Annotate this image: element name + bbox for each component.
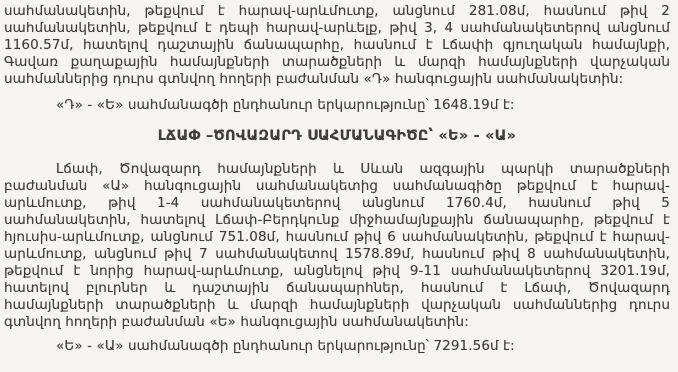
paragraph-boundary-d-e: սահմանակետին, թեքվում է հարավ-արևմուտք, … <box>4 3 670 88</box>
text-line: համայնքների տարածքների և մարզի համայնքնե… <box>4 297 670 314</box>
text-line: սահմանակետին, թեքվում է դեպի հարավ-արևել… <box>4 20 670 37</box>
text-line: սահմանակետին, հատելով Լճափ-Բերդկունք միջ… <box>4 212 670 229</box>
boundary-length-e-a: «Ե» - «Ա» սահմանագծի ընդհանուր երկարությ… <box>4 338 670 355</box>
paragraph-boundary-e-a: Լճափ, Ծովազարդ համայնքների և Սևան ազգայի… <box>4 161 670 331</box>
text-line: սահմանակետին, թեքվում է հարավ-արևմուտք, … <box>4 3 670 20</box>
text-line: Լճափ, Ծովազարդ համայնքների և Սևան ազգայի… <box>4 161 670 178</box>
text-line: թեքվում է նորից հարավ-արևմուտք, անցնելով… <box>4 263 670 280</box>
text-line: արևմուտք, անցնում թիվ 7 սահմանակետով 157… <box>4 246 670 263</box>
section-heading-lchap-tsovazard: ԼՃԱՓ –ԾՈՎԱԶԱՐԴ ՍԱՀՄԱՆԱԳԻԾԸ՝ «Ե» - «Ա» <box>4 127 670 145</box>
text-line: հատելով բլուրներ և դաշտային ճանապարհներ,… <box>4 280 670 297</box>
text-line: բաժանման «Ա» հանգուցային սահմանակետից սա… <box>4 178 670 195</box>
boundary-length-d-e: «Դ» - «Ե» սահմանագծի ընդհանուր երկարությ… <box>4 97 670 114</box>
scanned-document-page: սահմանակետին, թեքվում է հարավ-արևմուտք, … <box>0 0 678 372</box>
text-line: արևմուտք, թիվ 1-4 սահմանակետերով անցնում… <box>4 195 670 212</box>
text-line: գտնվող հողերի բաժանման «Ե» հանգուցային ս… <box>4 314 670 331</box>
text-line: 1160.57մ, հատելով դաշտային ճանապարհը, հա… <box>4 37 670 54</box>
text-line: Գավառ քաղաքային համայնքների տարածքների և… <box>4 54 670 71</box>
text-line: հյուսիս-արևմուտք, անցնում 751.08մ, հասնո… <box>4 229 670 246</box>
text-line: սահմաններից դուրս գտնվող հողերի բաժանման… <box>4 71 670 88</box>
